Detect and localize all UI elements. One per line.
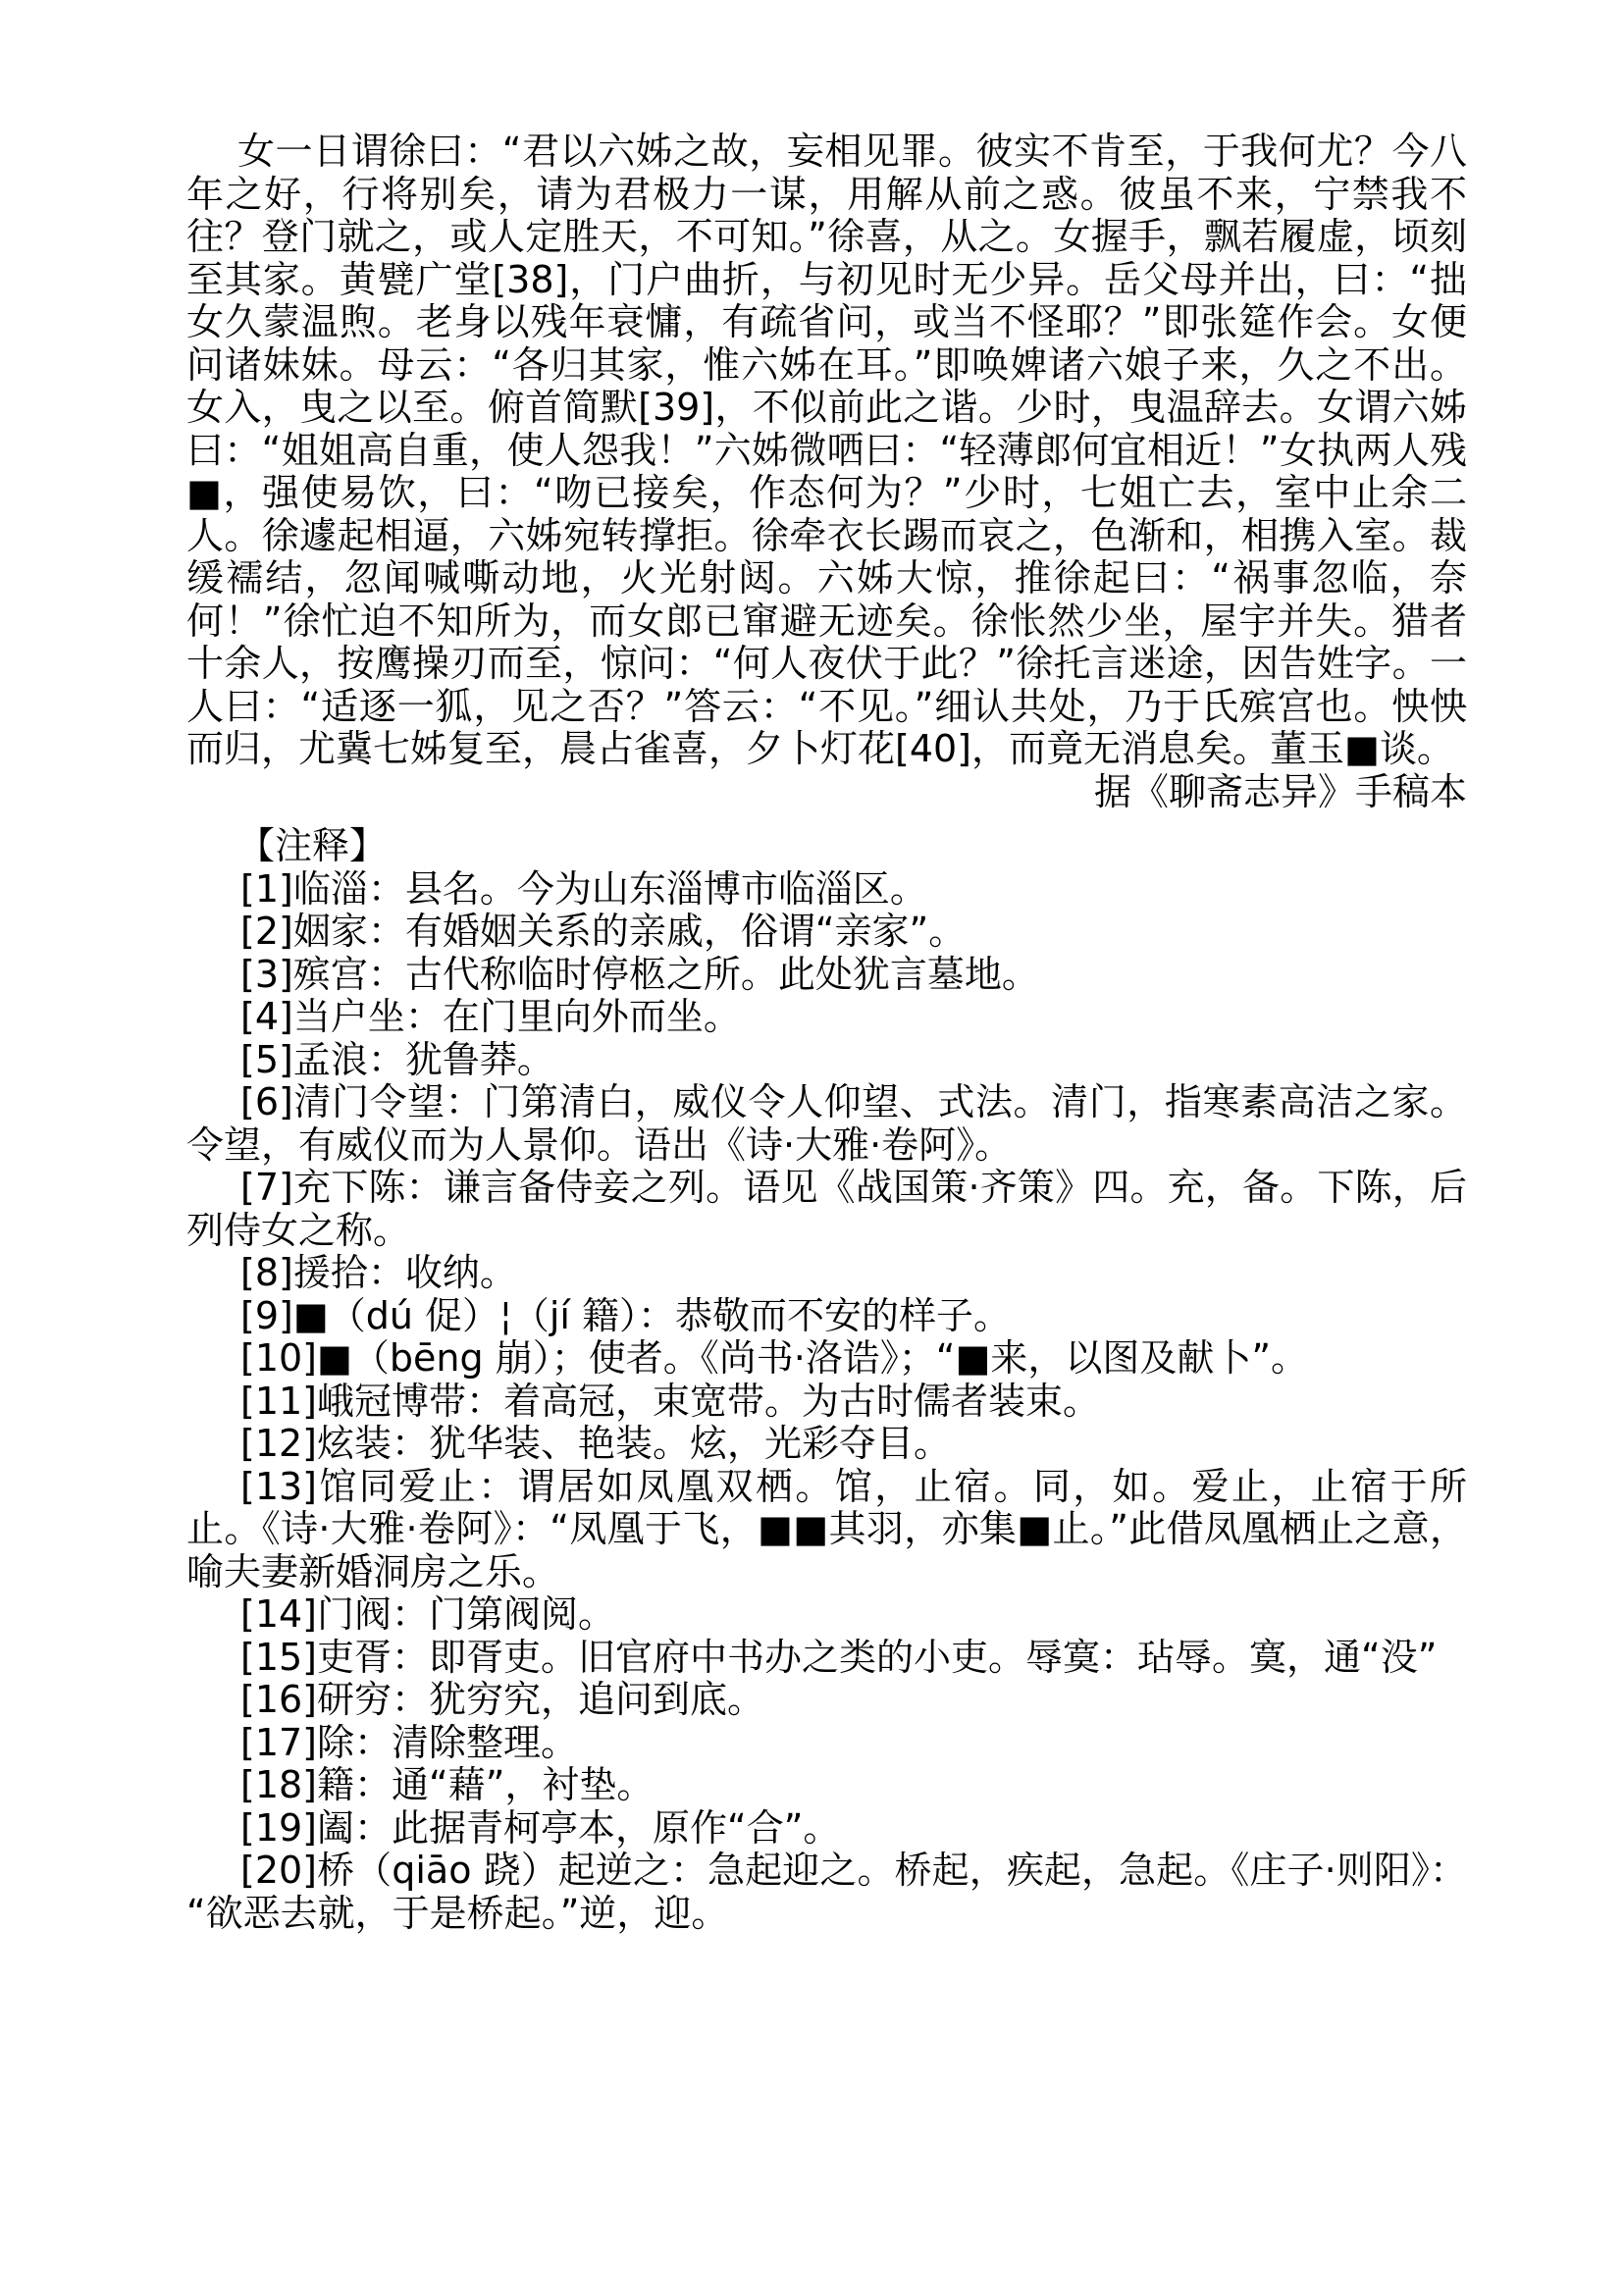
- note-item: [20]桥（qiāo 跷）起逆之：急起迎之。桥起，疾起，急起。《庄子·则阳》：“…: [186, 1850, 1467, 1935]
- note-item: [19]阖：此据青柯亭本，原作“合”。: [186, 1807, 1467, 1851]
- note-item: [8]援拾：收纳。: [186, 1252, 1467, 1295]
- story-text: 女一日谓徐曰：“君以六姊之故，妄相见罪。彼实不肯至，于我何尤？今八年之好，行将别…: [186, 130, 1467, 771]
- note-item: [2]姻家：有婚姻关系的亲戚，俗谓“亲家”。: [186, 911, 1467, 954]
- note-item: [18]籍：通“藉”，衬垫。: [186, 1764, 1467, 1807]
- note-item: [12]炫装：犹华装、艳装。炫，光彩夺目。: [186, 1423, 1467, 1466]
- note-item: [13]馆同爱止：谓居如凤凰双栖。馆，止宿。同，如。爱止，止宿于所止。《诗·大雅…: [186, 1466, 1467, 1594]
- note-item: [4]当户坐：在门里向外而坐。: [186, 996, 1467, 1039]
- note-item: [17]除：清除整理。: [186, 1722, 1467, 1765]
- note-item: [16]研穷：犹穷究，追问到底。: [186, 1679, 1467, 1722]
- note-item: [6]清门令望：门第清白，威仪令人仰望、式法。清门，指寒素高洁之家。令望，有威仪…: [186, 1081, 1467, 1167]
- note-item: [7]充下陈：谦言备侍妾之列。语见《战国策·齐策》四。充，备。下陈，后列侍女之称…: [186, 1167, 1467, 1252]
- note-item: [14]门阀：门第阀阅。: [186, 1593, 1467, 1637]
- note-item: [15]吏胥：即胥吏。旧官府中书办之类的小吏。辱寞：玷辱。寞，通“没”: [186, 1637, 1467, 1680]
- note-item: [11]峨冠博带：着高冠，束宽带。为古时儒者装束。: [186, 1381, 1467, 1424]
- note-item: [3]殡宫：古代称临时停柩之所。此处犹言墓地。: [186, 954, 1467, 997]
- note-item: [5]孟浪：犹鲁莽。: [186, 1039, 1467, 1082]
- document-page: 女一日谓徐曰：“君以六姊之故，妄相见罪。彼实不肯至，于我何尤？今八年之好，行将别…: [0, 0, 1624, 2294]
- note-item: [1]临淄：县名。今为山东淄博市临淄区。: [186, 868, 1467, 912]
- note-item: [9]■（dú 促）¦（jí 籍）：恭敬而不安的样子。: [186, 1295, 1467, 1338]
- notes-header: 【注释】: [186, 825, 1467, 868]
- note-item: [10]■（bēng 崩）；使者。《尚书·洛诰》；“■来，以图及献卜”。: [186, 1337, 1467, 1381]
- source-attribution: 据《聊斋志异》手稿本: [186, 771, 1467, 814]
